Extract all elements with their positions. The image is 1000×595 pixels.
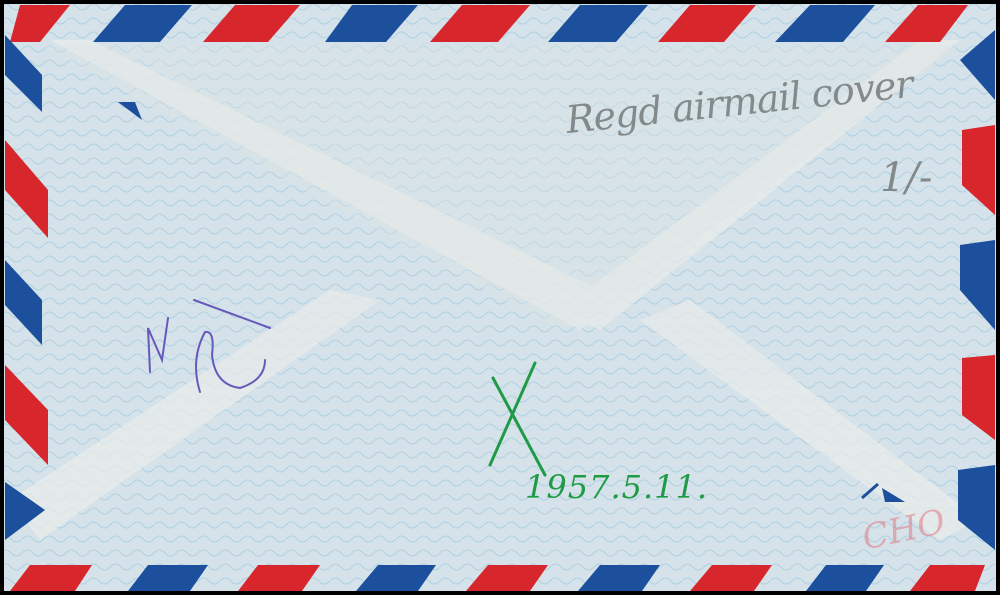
green-date: 1957.5.11. — [525, 468, 708, 506]
airmail-border-bottom — [10, 565, 985, 591]
airmail-border-top — [10, 5, 968, 42]
pencil-price: 1/- — [880, 155, 932, 201]
